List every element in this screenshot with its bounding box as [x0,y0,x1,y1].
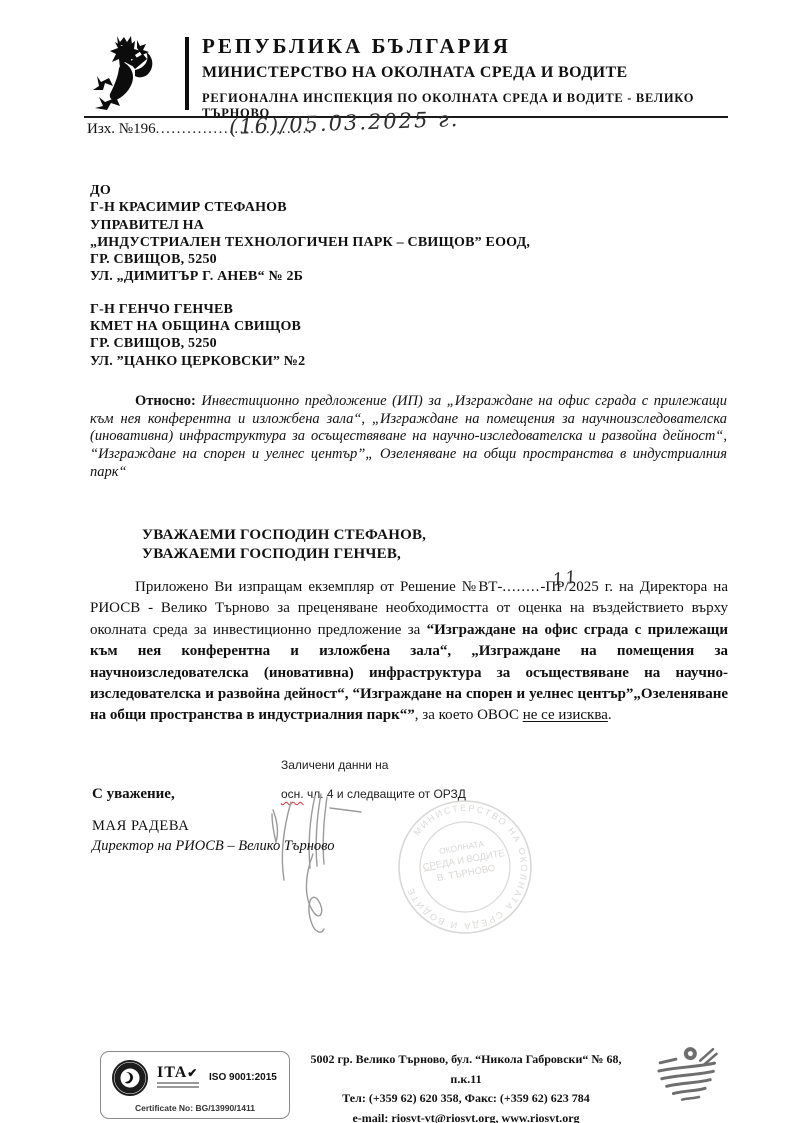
header-divider [185,37,189,110]
iso-label: ISO 9001:2015 [209,1072,277,1083]
certificate-number: Certificate No: BG/13990/1411 [101,1103,289,1113]
republic-title: РЕПУБЛИКА БЪЛГАРИЯ [202,34,742,59]
ita-logo: ITA✔ [157,1064,198,1082]
signer-title: Директор на РИОСВ – Велико Търново [92,838,335,855]
recipient-line: Г-Н КРАСИМИР СТЕФАНОВ [90,199,530,216]
accreditation-badge-icon [111,1059,149,1097]
ita-logo-subtext [157,1082,199,1090]
coat-of-arms-lion-icon [93,36,157,110]
letter-page: РЕПУБЛИКА БЪЛГАРИЯ МИНИСТЕРСТВО НА ОКОЛН… [0,0,800,1123]
signer-name: МАЯ РАДЕВА [92,818,189,835]
ministry-waves-logo-icon [652,1046,724,1112]
recipient-line: УПРАВИТЕЛ НА [90,217,530,234]
ministry-title: МИНИСТЕРСТВО НА ОКОЛНАТА СРЕДА И ВОДИТЕ [202,64,742,82]
footer-email: e-mail: riosvt-vt@riosvt.org, www.riosvt… [298,1109,634,1123]
footer-phone: Тел: (+359 62) 620 358, Факс: (+359 62) … [298,1089,634,1109]
privacy-note-line1: Заличени данни на [281,758,388,772]
footer-address: 5002 гр. Велико Търново, бул. “Никола Га… [298,1050,634,1089]
closing: С уважение, [92,786,175,803]
recipient-line: ГР. СВИЩОВ, 5250 [90,335,530,352]
round-stamp: МИНИСТЕРСТВО НА ОКОЛНАТА СРЕДА И ВОДИТЕ … [350,792,580,942]
reference-line: Изх. №196.............................. … [87,121,313,138]
recipient-block: ДО Г-Н КРАСИМИР СТЕФАНОВ УПРАВИТЕЛ НА „И… [90,182,530,370]
check-icon: ✔ [187,1066,198,1080]
subject-paragraph: Относно: Инвестиционно предложение (ИП) … [90,393,727,482]
decision-number: ........11 [502,579,540,595]
recipient-line: Г-Н ГЕНЧО ГЕНЧЕВ [90,301,530,318]
ovos-not-required: не се изисква [523,707,608,723]
subject-label: Относно [135,393,191,409]
recipient-line: УЛ. „ДИМИТЪР Г. АНЕВ“ № 2Б [90,268,530,285]
recipient-line: ДО [90,182,530,199]
ref-printed: Изх. №196 [87,121,156,137]
certification-box: ITA✔ ISO 9001:2015 Certificate No: BG/13… [100,1051,290,1119]
body-paragraph: Приложено Ви изпращам екземпляр от Решен… [90,577,728,727]
footer-contact-block: 5002 гр. Велико Търново, бул. “Никола Га… [298,1050,634,1123]
recipient-line: „ИНДУСТРИАЛЕН ТЕХНОЛОГИЧЕН ПАРК – СВИЩОВ… [90,234,530,251]
recipient-line: ГР. СВИЩОВ, 5250 [90,251,530,268]
recipient-line: КМЕТ НА ОБЩИНА СВИЩОВ [90,318,530,335]
salutation: УВАЖАЕМИ ГОСПОДИН СТЕФАНОВ, УВАЖАЕМИ ГОС… [142,526,426,563]
recipient-line: УЛ. ”ЦАНКО ЦЕРКОВСКИ” №2 [90,353,530,370]
letterhead: РЕПУБЛИКА БЪЛГАРИЯ МИНИСТЕРСТВО НА ОКОЛН… [202,34,742,121]
stamp-ring-text: МИНИСТЕРСТВО НА ОКОЛНАТА СРЕДА И ВОДИТЕ [392,793,540,941]
svg-text:МИНИСТЕРСТВО НА ОКОЛНАТА СРЕДА: МИНИСТЕРСТВО НА ОКОЛНАТА СРЕДА И ВОДИТЕ [392,793,540,941]
